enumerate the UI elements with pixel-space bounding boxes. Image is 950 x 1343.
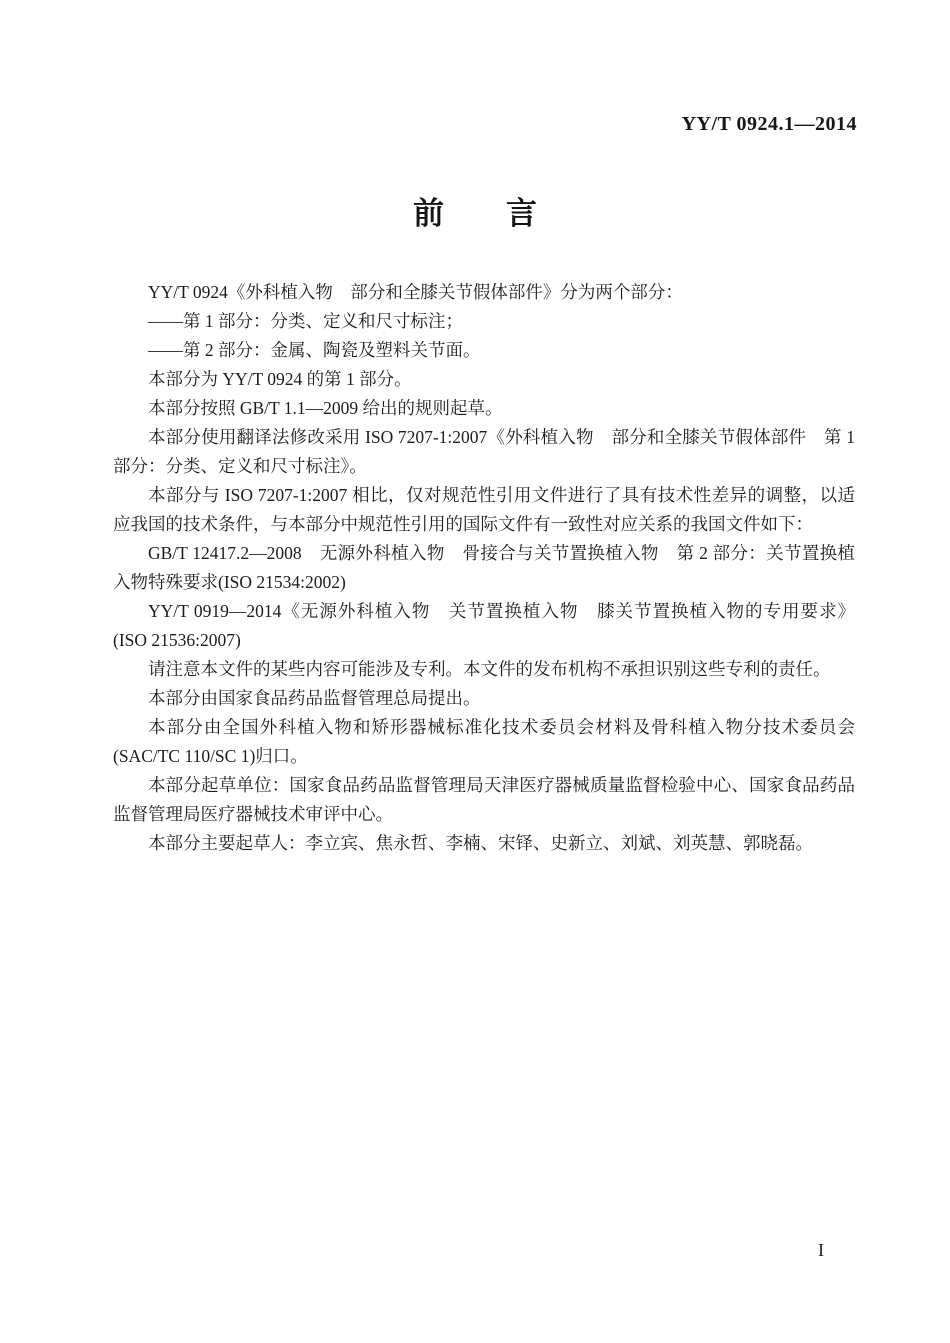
foreword-paragraph: 本部分由全国外科植入物和矫形器械标准化技术委员会材料及骨科植入物分技术委员会(S… — [113, 713, 855, 771]
page-number: I — [818, 1240, 824, 1261]
foreword-paragraph: 本部分由国家食品药品监督管理总局提出。 — [113, 684, 855, 713]
standard-number-header: YY/T 0924.1—2014 — [0, 113, 857, 136]
foreword-paragraph: 本部分与 ISO 7207-1:2007 相比，仅对规范性引用文件进行了具有技术… — [113, 481, 855, 539]
foreword-paragraph: 本部分为 YY/T 0924 的第 1 部分。 — [113, 365, 855, 394]
foreword-paragraph: 本部分主要起草人：李立宾、焦永哲、李楠、宋铎、史新立、刘斌、刘英慧、郭晓磊。 — [113, 829, 855, 858]
foreword-paragraph: 本部分起草单位：国家食品药品监督管理局天津医疗器械质量监督检验中心、国家食品药品… — [113, 771, 855, 829]
foreword-paragraph: 本部分按照 GB/T 1.1—2009 给出的规则起草。 — [113, 394, 855, 423]
foreword-paragraph: ——第 1 部分：分类、定义和尺寸标注； — [113, 307, 855, 336]
foreword-title: 前 言 — [104, 188, 846, 233]
foreword-paragraph: ——第 2 部分：金属、陶瓷及塑料关节面。 — [113, 336, 855, 365]
foreword-paragraph: YY/T 0924《外科植入物 部分和全膝关节假体部件》分为两个部分： — [113, 278, 855, 307]
foreword-paragraph: GB/T 12417.2—2008 无源外科植入物 骨接合与关节置换植入物 第 … — [113, 539, 855, 597]
foreword-paragraph: 本部分使用翻译法修改采用 ISO 7207-1:2007《外科植入物 部分和全膝… — [113, 423, 855, 481]
document-page: YY/T 0924.1—2014 前 言 YY/T 0924《外科植入物 部分和… — [0, 0, 950, 1343]
foreword-body: YY/T 0924《外科植入物 部分和全膝关节假体部件》分为两个部分： ——第 … — [113, 278, 855, 858]
foreword-paragraph: 请注意本文件的某些内容可能涉及专利。本文件的发布机构不承担识别这些专利的责任。 — [113, 655, 855, 684]
foreword-paragraph: YY/T 0919—2014《无源外科植入物 关节置换植入物 膝关节置换植入物的… — [113, 597, 855, 655]
